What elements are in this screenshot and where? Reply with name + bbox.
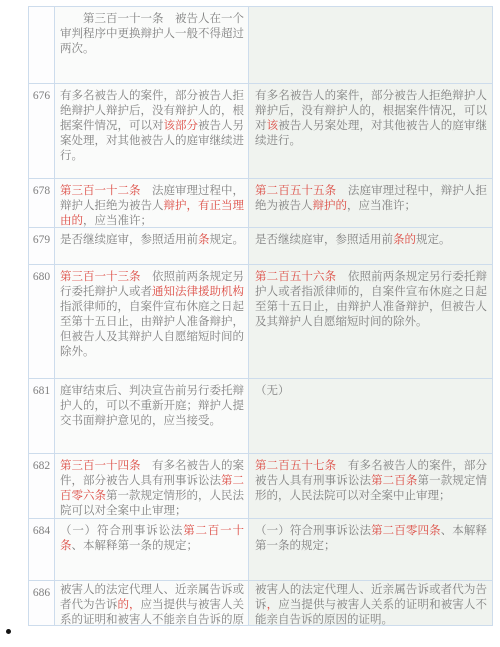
new-provision-cell <box>249 7 493 84</box>
text-segment: 是否继续庭审，参照适用前 <box>255 234 393 246</box>
changed-text-segment: 通知法律援助机构 <box>152 286 244 298</box>
new-provision-cell: 有多名被告人的案件，部分被告人拒绝辩护人辩护后，没有辩护人的，根据案件情况，可以… <box>249 84 493 179</box>
changed-text-segment: 第二百五十七条 <box>255 460 336 472</box>
old-provision-cell: 有多名被告人的案件，部分被告人拒绝辩护人辩护后，没有辩护人的，根据案件情况，可以… <box>55 84 249 179</box>
changed-text-segment: 该部分 <box>164 120 199 132</box>
row-number-cell: 679 <box>29 228 55 265</box>
row-number-cell: 681 <box>29 379 55 454</box>
old-provision-cell: 是否继续庭审，参照适用前条规定。 <box>55 228 249 265</box>
new-provision-text: （无） <box>255 384 487 399</box>
text-segment: 第三百一十一条 被告人在一个审判程序中更换辩护人一般不得超过两次。 <box>60 13 244 55</box>
old-provision-text: 第三百一十四条 有多名被告人的案件，部分被告人具有刑事诉讼法第二百零六条第一款规… <box>60 459 244 519</box>
row-number-cell: 676 <box>29 84 55 179</box>
old-provision-cell: （一）符合刑事诉讼法第二百一十条、本解释第一条的规定； <box>55 519 249 581</box>
table-row: 678 第三百一十二条 法庭审理过程中，辩护人拒绝为被告人辩护，有正当理由的，应… <box>29 179 493 228</box>
text-segment: 规定。 <box>210 234 245 246</box>
table-row: 686 被害人的法定代理人、近亲属告诉或者代为告诉的，应当提供与被害人关系的证明… <box>29 581 493 626</box>
new-provision-cell: （一）符合刑事诉讼法第二百零四条、本解释第一条的规定； <box>249 519 493 581</box>
new-provision-text: 是否继续庭审，参照适用前条的规定。 <box>255 233 487 248</box>
changed-text-segment: 第三百一十二条 <box>60 185 141 197</box>
old-provision-text: 第三百一十二条 法庭审理过程中，辩护人拒绝为被告人辩护，有正当理由的，应当准许； <box>60 184 244 228</box>
new-provision-cell: （无） <box>249 379 493 454</box>
text-segment: 被告人另案处理，对其他被告人的庭审继续进行。 <box>255 120 487 147</box>
new-provision-text: 第二百五十六条 依照前两条规定另行委托辩护人或者指派律师的，自案件宣布休庭之日起… <box>255 270 487 330</box>
table-row: 682 第三百一十四条 有多名被告人的案件，部分被告人具有刑事诉讼法第二百零六条… <box>29 454 493 519</box>
text-segment: 应当提供与被害人关系的证明和被害人不能亲自告诉的原因的证明。 <box>255 599 487 626</box>
row-number-cell: 680 <box>29 265 55 379</box>
changed-text-segment: 第二百五十五条 <box>255 185 336 197</box>
text-segment: （一）符合刑事诉讼法 <box>60 525 183 537</box>
new-provision-cell: 第二百五十六条 依照前两条规定另行委托辩护人或者指派律师的，自案件宣布休庭之日起… <box>249 265 493 379</box>
new-provision-cell: 是否继续庭审，参照适用前条的规定。 <box>249 228 493 265</box>
text-segment: 规定。 <box>416 234 451 246</box>
changed-text-segment: 第三百一十四条 <box>60 460 141 472</box>
old-provision-text: 庭审结束后、判决宣告前另行委托辩护人的，可以不重新开庭；辩护人提交书面辩护意见的… <box>60 384 244 429</box>
old-provision-text: 有多名被告人的案件，部分被告人拒绝辩护人辩护后，没有辩护人的，根据案件情况，可以… <box>60 89 244 164</box>
changed-text-segment: 第三百一十三条 <box>60 271 141 283</box>
row-number-cell: 678 <box>29 179 55 228</box>
table-row: 681 庭审结束后、判决宣告前另行委托辩护人的，可以不重新开庭；辩护人提交书面辩… <box>29 379 493 454</box>
new-provision-text: 第二百五十五条 法庭审理过程中，辩护人拒绝为被告人辩护的，应当准许； <box>255 184 487 214</box>
comparison-table: 第三百一十一条 被告人在一个审判程序中更换辩护人一般不得超过两次。 676 有多… <box>28 6 493 626</box>
text-segment: 是否继续庭审，参照适用前 <box>60 234 198 246</box>
text-segment: 庭审结束后、判决宣告前另行委托辩护人的，可以不重新开庭；辩护人提交书面辩护意见的… <box>60 385 244 427</box>
text-segment: ，应当准许； <box>347 200 416 212</box>
new-provision-text: 被害人的法定代理人、近亲属告诉或者代为告诉，应当提供与被害人关系的证明和被害人不… <box>255 583 487 626</box>
new-provision-cell: 被害人的法定代理人、近亲属告诉或者代为告诉，应当提供与被害人关系的证明和被害人不… <box>249 581 493 626</box>
row-number-cell: 684 <box>29 519 55 581</box>
old-provision-cell: 第三百一十一条 被告人在一个审判程序中更换辩护人一般不得超过两次。 <box>55 7 249 84</box>
changed-text-segment: 条 <box>198 234 210 246</box>
table-row: 第三百一十一条 被告人在一个审判程序中更换辩护人一般不得超过两次。 <box>29 7 493 84</box>
changed-text-segment: 条的 <box>393 234 416 246</box>
old-provision-cell: 第三百一十二条 法庭审理过程中，辩护人拒绝为被告人辩护，有正当理由的，应当准许； <box>55 179 249 228</box>
text-segment: 指派律师的，自案件宣布休庭之日起至第十五日止，由辩护人准备辩护，但被告人及其辩护… <box>60 301 244 358</box>
old-provision-text: （一）符合刑事诉讼法第二百一十条、本解释第一条的规定； <box>60 524 244 554</box>
text-segment: ，应当准许； <box>83 215 152 227</box>
old-provision-cell: 第三百一十四条 有多名被告人的案件，部分被告人具有刑事诉讼法第二百零六条第一款规… <box>55 454 249 519</box>
table-row: 679 是否继续庭审，参照适用前条规定。 是否继续庭审，参照适用前条的规定。 <box>29 228 493 265</box>
table-row: 676 有多名被告人的案件，部分被告人拒绝辩护人辩护后，没有辩护人的，根据案件情… <box>29 84 493 179</box>
bullet-icon <box>6 629 11 634</box>
new-provision-text: 第二百五十七条 有多名被告人的案件，部分被告人具有刑事诉讼法第二百条第一款规定情… <box>255 459 487 504</box>
text-segment: （一）符合刑事诉讼法 <box>255 525 371 537</box>
new-provision-text: 有多名被告人的案件，部分被告人拒绝辩护人辩护后，没有辩护人的，根据案件情况，可以… <box>255 89 487 149</box>
changed-text-segment: ， <box>267 599 279 611</box>
old-provision-text: 第三百一十一条 被告人在一个审判程序中更换辩护人一般不得超过两次。 <box>60 12 244 57</box>
changed-text-segment: 辩护的 <box>313 200 348 212</box>
text-segment: （无） <box>255 385 290 397</box>
old-provision-cell: 第三百一十三条 依照前两条规定另行委托辩护人或者通知法律援助机构指派律师的，自案… <box>55 265 249 379</box>
changed-text-segment: 该 <box>267 120 279 132</box>
changed-text-segment: 的， <box>118 599 141 611</box>
new-provision-cell: 第二百五十五条 法庭审理过程中，辩护人拒绝为被告人辩护的，应当准许； <box>249 179 493 228</box>
old-provision-cell: 庭审结束后、判决宣告前另行委托辩护人的，可以不重新开庭；辩护人提交书面辩护意见的… <box>55 379 249 454</box>
text-segment: 、本解释第一条的规定； <box>72 540 199 552</box>
changed-text-segment: 第二百条 <box>371 475 417 487</box>
old-provision-text: 是否继续庭审，参照适用前条规定。 <box>60 233 244 248</box>
row-number-cell: 682 <box>29 454 55 519</box>
new-provision-cell: 第二百五十七条 有多名被告人的案件，部分被告人具有刑事诉讼法第二百条第一款规定情… <box>249 454 493 519</box>
table-row: 680 第三百一十三条 依照前两条规定另行委托辩护人或者通知法律援助机构指派律师… <box>29 265 493 379</box>
old-provision-text: 第三百一十三条 依照前两条规定另行委托辩护人或者通知法律援助机构指派律师的，自案… <box>60 270 244 360</box>
row-number-cell <box>29 7 55 84</box>
old-provision-text: 被害人的法定代理人、近亲属告诉或者代为告诉的，应当提供与被害人关系的证明和被害人… <box>60 583 244 626</box>
row-number-cell: 686 <box>29 581 55 626</box>
table-row: 684 （一）符合刑事诉讼法第二百一十条、本解释第一条的规定； （一）符合刑事诉… <box>29 519 493 581</box>
changed-text-segment: 第二百零四条 <box>371 525 441 537</box>
changed-text-segment: 第二百五十六条 <box>255 271 336 283</box>
old-provision-cell: 被害人的法定代理人、近亲属告诉或者代为告诉的，应当提供与被害人关系的证明和被害人… <box>55 581 249 626</box>
new-provision-text: （一）符合刑事诉讼法第二百零四条、本解释第一条的规定； <box>255 524 487 554</box>
